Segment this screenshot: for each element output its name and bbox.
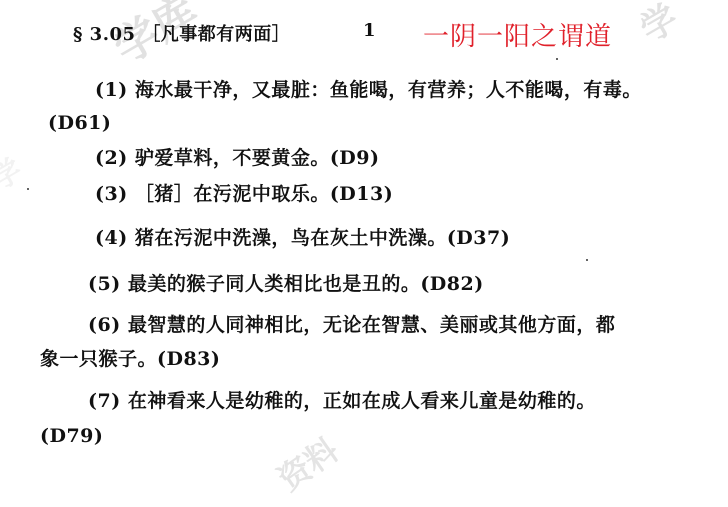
entry-4: (4) 猪在污泥中洗澡，鸟在灰土中洗澡。(D37) (95, 226, 510, 250)
scan-speck (27, 188, 29, 190)
watermark: 学 (630, 0, 687, 53)
page-number: 1 (363, 20, 376, 41)
entry-1-line-2: (D61) (48, 111, 111, 135)
entry-7-line-2: (D79) (40, 424, 103, 448)
section-number: § 3.05 (73, 24, 136, 45)
scan-speck (586, 259, 588, 261)
watermark: 学 (0, 145, 29, 198)
scan-speck (556, 58, 558, 60)
entry-1-line-1: (1) 海水最干净，又最脏：鱼能喝，有营养；人不能喝，有毒。 (95, 78, 642, 102)
entry-6-line-2: 象一只猴子。(D83) (40, 347, 220, 371)
section-heading: § 3.05 ［凡事都有两面］ 1 (73, 20, 290, 46)
entry-3: (3) ［猪］在污泥中取乐。(D13) (95, 182, 393, 206)
entry-7-line-1: (7) 在神看来人是幼稚的，正如在成人看来儿童是幼稚的。 (88, 389, 596, 413)
entry-6-line-1: (6) 最智慧的人同神相比，无论在智慧、美丽或其他方面，都 (88, 313, 615, 337)
annotation-title: 一阴一阳之谓道 (423, 16, 612, 53)
watermark: 资料 (268, 426, 347, 500)
entry-2: (2) 驴爱草料，不要黄金。(D9) (95, 146, 380, 170)
section-title: ［凡事都有两面］ (142, 24, 290, 45)
entry-5: (5) 最美的猴子同人类相比也是丑的。(D82) (88, 272, 484, 296)
